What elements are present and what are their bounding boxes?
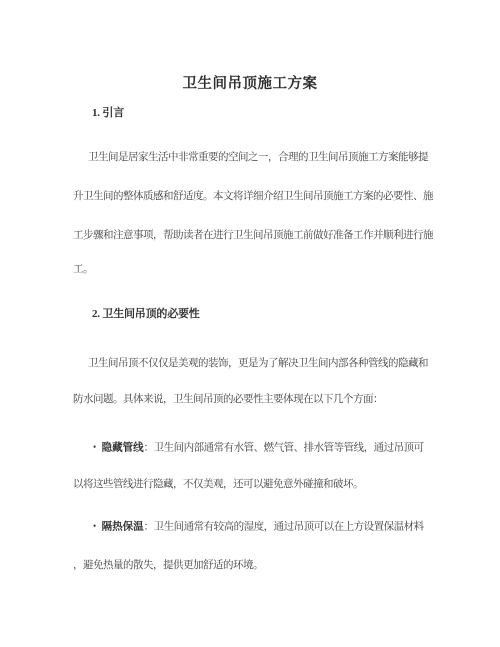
paragraph-line: 防水问题。具体来说，卫生间吊顶的必要性主要体现在以下几个方面： bbox=[73, 392, 383, 407]
bullet-text: 卫生间内部通常有水管、燃气管、排水管等管线，通过吊顶可 bbox=[154, 443, 424, 454]
bullet-term: 隐藏管线 bbox=[102, 443, 144, 454]
paragraph-line: 卫生间吊顶不仅仅是美观的装饰，更是为了解决卫生间内部各种管线的隐藏和 bbox=[88, 356, 428, 371]
bullet-continuation-line: ，避免热量的散失，提供更加舒适的环境。 bbox=[73, 558, 263, 573]
document-title: 卫生间吊顶施工方案 bbox=[0, 74, 500, 94]
bullet-text: 卫生间通常有较高的湿度，通过吊顶可以在上方设置保温材料 bbox=[154, 522, 424, 533]
bullet-item-hidden-pipes: •隐藏管线：卫生间内部通常有水管、燃气管、排水管等管线，通过吊顶可 bbox=[93, 440, 424, 456]
bullet-item-insulation: •隔热保温：卫生间通常有较高的湿度，通过吊顶可以在上方设置保温材料 bbox=[93, 519, 424, 535]
bullet-colon: ： bbox=[144, 522, 154, 533]
bullet-colon: ： bbox=[144, 443, 154, 454]
paragraph-line: 工。 bbox=[73, 262, 93, 277]
section-heading-introduction: 1. 引言 bbox=[92, 106, 124, 121]
bullet-icon: • bbox=[93, 519, 96, 534]
paragraph-line: 工步骤和注意事项，帮助读者在进行卫生间吊顶施工前做好准备工作并顺利进行施 bbox=[73, 228, 433, 243]
document-page: 卫生间吊顶施工方案 1. 引言 卫生间是居家生活中非常重要的空间之一，合理的卫生… bbox=[0, 0, 500, 647]
paragraph-line: 卫生间是居家生活中非常重要的空间之一，合理的卫生间吊顶施工方案能够提 bbox=[88, 150, 428, 165]
paragraph-line: 升卫生间的整体质感和舒适度。本文将详细介绍卫生间吊顶施工方案的必要性、施 bbox=[73, 189, 433, 204]
section-heading-necessity: 2. 卫生间吊顶的必要性 bbox=[92, 307, 200, 322]
bullet-continuation-line: 以将这些管线进行隐藏，不仅美观，还可以避免意外碰撞和破坏。 bbox=[73, 477, 363, 492]
bullet-term: 隔热保温 bbox=[102, 522, 144, 533]
bullet-icon: • bbox=[93, 440, 96, 455]
